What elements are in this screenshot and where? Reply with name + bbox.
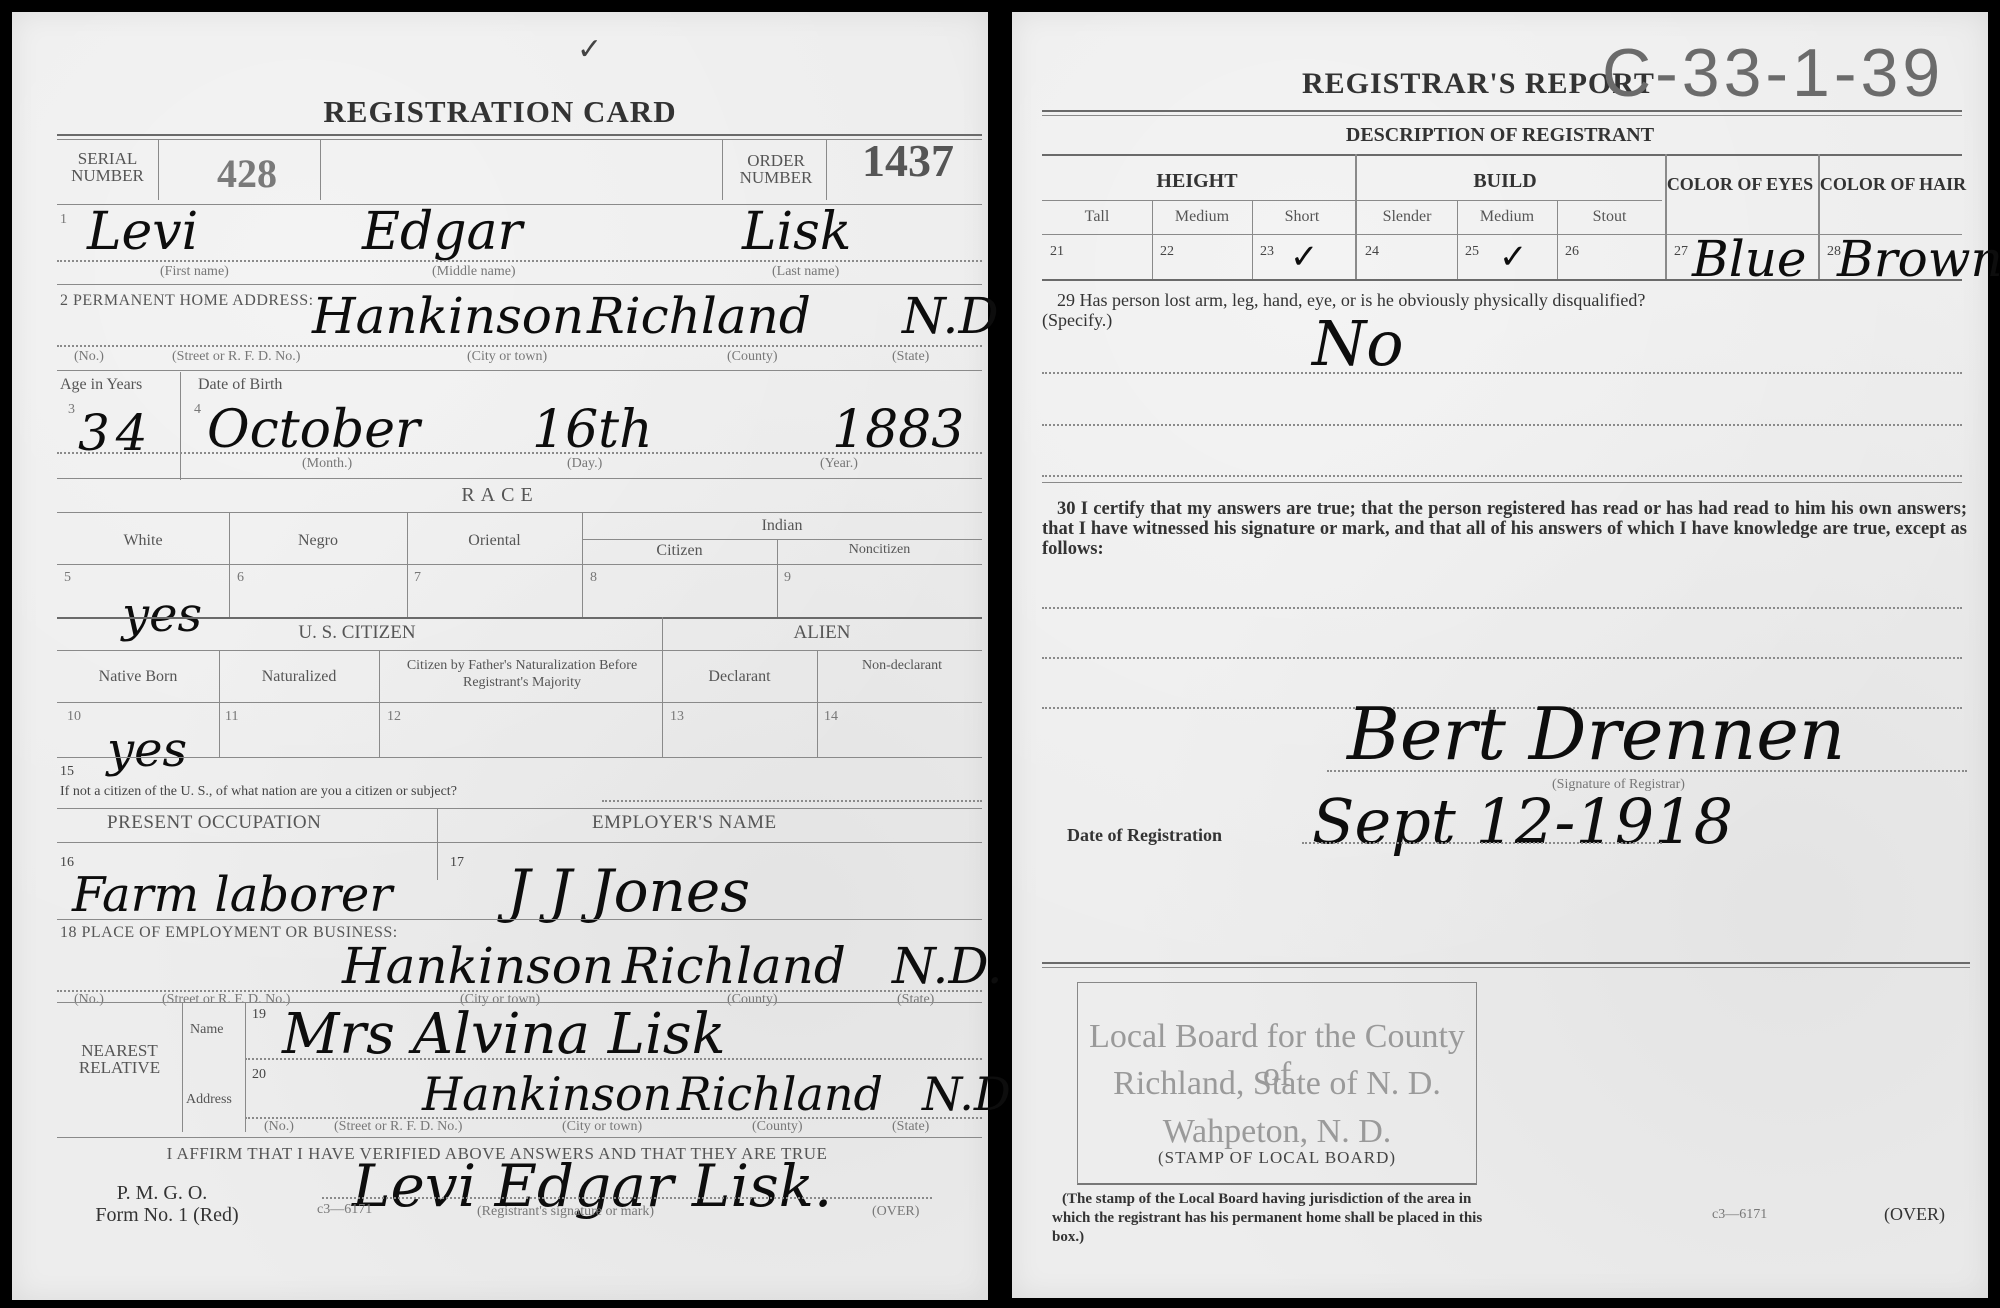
divider xyxy=(1327,770,1967,772)
home-county: Richland xyxy=(587,287,811,345)
divider xyxy=(379,650,380,757)
form-pmgo: P. M. G. O. xyxy=(52,1182,272,1205)
divider xyxy=(1042,279,1962,281)
divider xyxy=(1042,962,1970,964)
local-board-stamp-box: Local Board for the County of Richland, … xyxy=(1077,982,1477,1185)
caption-month: (Month.) xyxy=(302,456,352,472)
caption-state: (State) xyxy=(892,349,929,365)
field-number: 13 xyxy=(670,709,684,725)
field30-certification: 30 I certify that my answers are true; t… xyxy=(1042,499,1967,559)
stamp-instructions: (The stamp of the Local Board having jur… xyxy=(1052,1190,1492,1247)
divider xyxy=(437,808,438,880)
race-oriental: Oriental xyxy=(407,532,582,550)
print-code: c3—6171 xyxy=(1712,1207,1767,1223)
build-slender: Slender xyxy=(1357,208,1457,226)
check-mark-icon: ✓ xyxy=(577,32,602,67)
caption-state: (State) xyxy=(892,1119,929,1135)
hair-color-header: COLOR OF HAIR xyxy=(1818,174,1968,194)
over-label: (OVER) xyxy=(872,1204,919,1220)
divider xyxy=(57,478,982,479)
card-title: REGISTRATION CARD xyxy=(12,94,988,130)
divider xyxy=(182,1002,183,1132)
caption-no: (No.) xyxy=(264,1119,294,1135)
us-citizen-title: U. S. CITIZEN xyxy=(57,622,657,644)
nearest-relative-label: NEAREST RELATIVE xyxy=(57,1042,182,1076)
divider xyxy=(245,1058,982,1060)
home-state: N.D xyxy=(902,287,999,345)
divider xyxy=(57,842,982,843)
age-label: Age in Years xyxy=(60,376,142,394)
native-born-answer: yes xyxy=(107,722,187,778)
height-short-check-icon: ✓ xyxy=(1290,237,1319,277)
divider xyxy=(320,140,321,200)
order-number: 1437 xyxy=(862,134,954,187)
serial-number: 428 xyxy=(217,150,277,197)
field-number: 27 xyxy=(1674,244,1688,260)
dob-year: 1883 xyxy=(832,400,964,460)
caption-last-name: (Last name) xyxy=(772,264,839,280)
description-title: DESCRIPTION OF REGISTRANT xyxy=(1012,124,1988,147)
order-label-line2: NUMBER xyxy=(726,169,826,186)
divider xyxy=(57,284,982,285)
alien-non-declarant: Non-declarant xyxy=(832,657,972,674)
caption-county: (County) xyxy=(727,992,778,1008)
divider xyxy=(57,702,982,703)
citizen-by-father: Citizen by Father's Naturalization Befor… xyxy=(387,657,657,691)
stamp-line-3: Wahpeton, N. D. xyxy=(1078,1113,1476,1151)
caption-street: (Street or R. F. D. No.) xyxy=(172,349,300,365)
stamp-line-2: Richland, State of N. D. xyxy=(1078,1065,1476,1103)
occupation-value: Farm laborer xyxy=(72,867,392,923)
divider xyxy=(826,140,827,200)
field-number: 8 xyxy=(590,570,597,586)
divider xyxy=(1042,424,1962,426)
divider xyxy=(1302,842,1662,844)
alien-title: ALIEN xyxy=(662,622,982,644)
divider xyxy=(1042,372,1962,374)
divider xyxy=(1042,657,1962,659)
divider xyxy=(219,650,220,757)
date-of-registration-value: Sept 12-1918 xyxy=(1312,785,1733,858)
registrar-signature: Bert Drennen xyxy=(1347,692,1845,776)
divider xyxy=(57,808,982,809)
field-number: 3 xyxy=(68,402,75,418)
alien-declarant: Declarant xyxy=(662,668,817,686)
divider xyxy=(245,1002,246,1132)
divider xyxy=(57,345,982,347)
serial-label-line1: SERIAL xyxy=(60,150,155,167)
height-header: HEIGHT xyxy=(1042,170,1352,193)
field-number: 21 xyxy=(1050,244,1064,260)
race-white: White xyxy=(57,532,229,550)
field-number: 17 xyxy=(450,855,464,871)
dob-day: 16th xyxy=(532,400,653,460)
divider xyxy=(57,452,982,454)
caption-middle-name: (Middle name) xyxy=(432,264,516,280)
field-number: 1 xyxy=(60,212,67,228)
build-medium-check-icon: ✓ xyxy=(1499,237,1528,277)
form-number: Form No. 1 (Red) xyxy=(52,1204,282,1227)
relative-name-label: Name xyxy=(190,1022,223,1038)
divider xyxy=(180,372,181,480)
build-stout: Stout xyxy=(1557,208,1662,226)
field-number: 25 xyxy=(1465,244,1479,260)
race-indian-noncitizen: Noncitizen xyxy=(777,542,982,558)
divider xyxy=(1042,154,1962,156)
field-number: 7 xyxy=(414,570,421,586)
divider xyxy=(57,1137,982,1138)
divider xyxy=(1818,154,1820,279)
field-number: 5 xyxy=(64,570,71,586)
divider xyxy=(1042,200,1662,201)
field-number: 24 xyxy=(1365,244,1379,260)
divider xyxy=(57,650,982,651)
file-stamp-code: C-33-1-39 xyxy=(1602,34,1944,112)
caption-county: (County) xyxy=(727,349,778,365)
caption-first-name: (First name) xyxy=(160,264,229,280)
order-label-line1: ORDER xyxy=(726,152,826,169)
home-address-label: 2 PERMANENT HOME ADDRESS: xyxy=(60,292,314,310)
divider xyxy=(582,539,982,540)
race-title: RACE xyxy=(12,484,988,507)
caption-no: (No.) xyxy=(74,992,104,1008)
caption-day: (Day.) xyxy=(567,456,602,472)
field-number: 6 xyxy=(237,570,244,586)
stamp-caption: (STAMP OF LOCAL BOARD) xyxy=(1078,1148,1476,1168)
divider xyxy=(322,1197,932,1199)
race-indian-citizen: Citizen xyxy=(582,542,777,560)
field-number: 14 xyxy=(824,709,838,725)
field-number: 11 xyxy=(225,709,238,725)
divider xyxy=(57,370,982,371)
height-short: Short xyxy=(1252,208,1352,226)
field-number: 22 xyxy=(1160,244,1174,260)
divider xyxy=(1042,482,1962,483)
employer-value: J J Jones xyxy=(507,857,750,925)
height-tall: Tall xyxy=(1042,208,1152,226)
serial-number-label: SERIAL NUMBER xyxy=(60,150,155,184)
employer-header: EMPLOYER'S NAME xyxy=(592,812,777,834)
divider xyxy=(158,140,159,200)
divider xyxy=(1042,234,1962,235)
employment-state: N.D. xyxy=(892,937,1003,995)
caption-year: (Year.) xyxy=(820,456,858,472)
divider xyxy=(817,650,818,757)
caption-street: (Street or R. F. D. No.) xyxy=(334,1119,462,1135)
signature-caption: (Registrant's signature or mark) xyxy=(477,1204,654,1220)
employment-county: Richland xyxy=(622,937,846,995)
field29-answer: No xyxy=(1312,307,1404,380)
divider xyxy=(57,564,982,565)
caption-no: (No.) xyxy=(74,349,104,365)
last-name: Lisk xyxy=(742,202,851,262)
order-number-label: ORDER NUMBER xyxy=(726,152,826,186)
registrars-report-card: REGISTRAR'S REPORT C-33-1-39 DESCRIPTION… xyxy=(1012,12,1988,1298)
citizen-native-born: Native Born xyxy=(57,668,219,686)
caption-state: (State) xyxy=(897,992,934,1008)
build-header: BUILD xyxy=(1355,170,1655,193)
first-name: Levi xyxy=(87,202,198,262)
divider xyxy=(602,800,982,802)
relative-city: Hankinson xyxy=(422,1067,672,1121)
caption-city: (City or town) xyxy=(562,1119,642,1135)
race-indian: Indian xyxy=(582,517,982,535)
middle-name: Edgar xyxy=(362,202,522,262)
field-number: 23 xyxy=(1260,244,1274,260)
divider xyxy=(57,134,982,136)
relative-state: N.D xyxy=(922,1067,1011,1121)
divider xyxy=(57,260,982,262)
eye-color-header: COLOR OF EYES xyxy=(1665,174,1815,194)
over-label: (OVER) xyxy=(1884,1204,1945,1225)
build-medium: Medium xyxy=(1457,208,1557,226)
serial-label-line2: NUMBER xyxy=(60,167,155,184)
field-number: 15 xyxy=(60,764,74,780)
home-city: Hankinson xyxy=(312,287,584,345)
citizen-naturalized: Naturalized xyxy=(219,668,379,686)
print-code: c3—6171 xyxy=(317,1202,372,1218)
field-number: 19 xyxy=(252,1007,266,1023)
field-number: 4 xyxy=(194,402,201,418)
dob-month: October xyxy=(207,400,420,460)
field15-label: If not a citizen of the U. S., of what n… xyxy=(60,784,457,800)
divider xyxy=(57,512,982,513)
divider xyxy=(1042,607,1962,609)
field29-specify: (Specify.) xyxy=(1042,310,1112,331)
divider xyxy=(1042,475,1962,477)
employment-city: Hankinson xyxy=(342,937,614,995)
relative-address-label: Address xyxy=(186,1092,232,1108)
height-medium: Medium xyxy=(1152,208,1252,226)
divider xyxy=(57,919,982,920)
dob-label: Date of Birth xyxy=(198,376,282,394)
field-number: 10 xyxy=(67,709,81,725)
divider xyxy=(722,140,723,200)
field-number: 20 xyxy=(252,1067,266,1083)
field-number: 26 xyxy=(1565,244,1579,260)
date-of-registration-label: Date of Registration xyxy=(1067,825,1222,846)
field-number: 9 xyxy=(784,570,791,586)
relative-county: Richland xyxy=(677,1067,883,1121)
registration-card: ✓ REGISTRATION CARD SERIAL NUMBER 428 OR… xyxy=(12,12,988,1300)
divider xyxy=(1042,110,1962,112)
occupation-header: PRESENT OCCUPATION xyxy=(107,812,321,834)
field-number: 12 xyxy=(387,709,401,725)
race-negro: Negro xyxy=(229,532,407,550)
caption-county: (County) xyxy=(752,1119,803,1135)
divider xyxy=(1665,154,1667,279)
caption-city: (City or town) xyxy=(467,349,547,365)
divider xyxy=(57,757,982,758)
divider xyxy=(57,617,982,619)
